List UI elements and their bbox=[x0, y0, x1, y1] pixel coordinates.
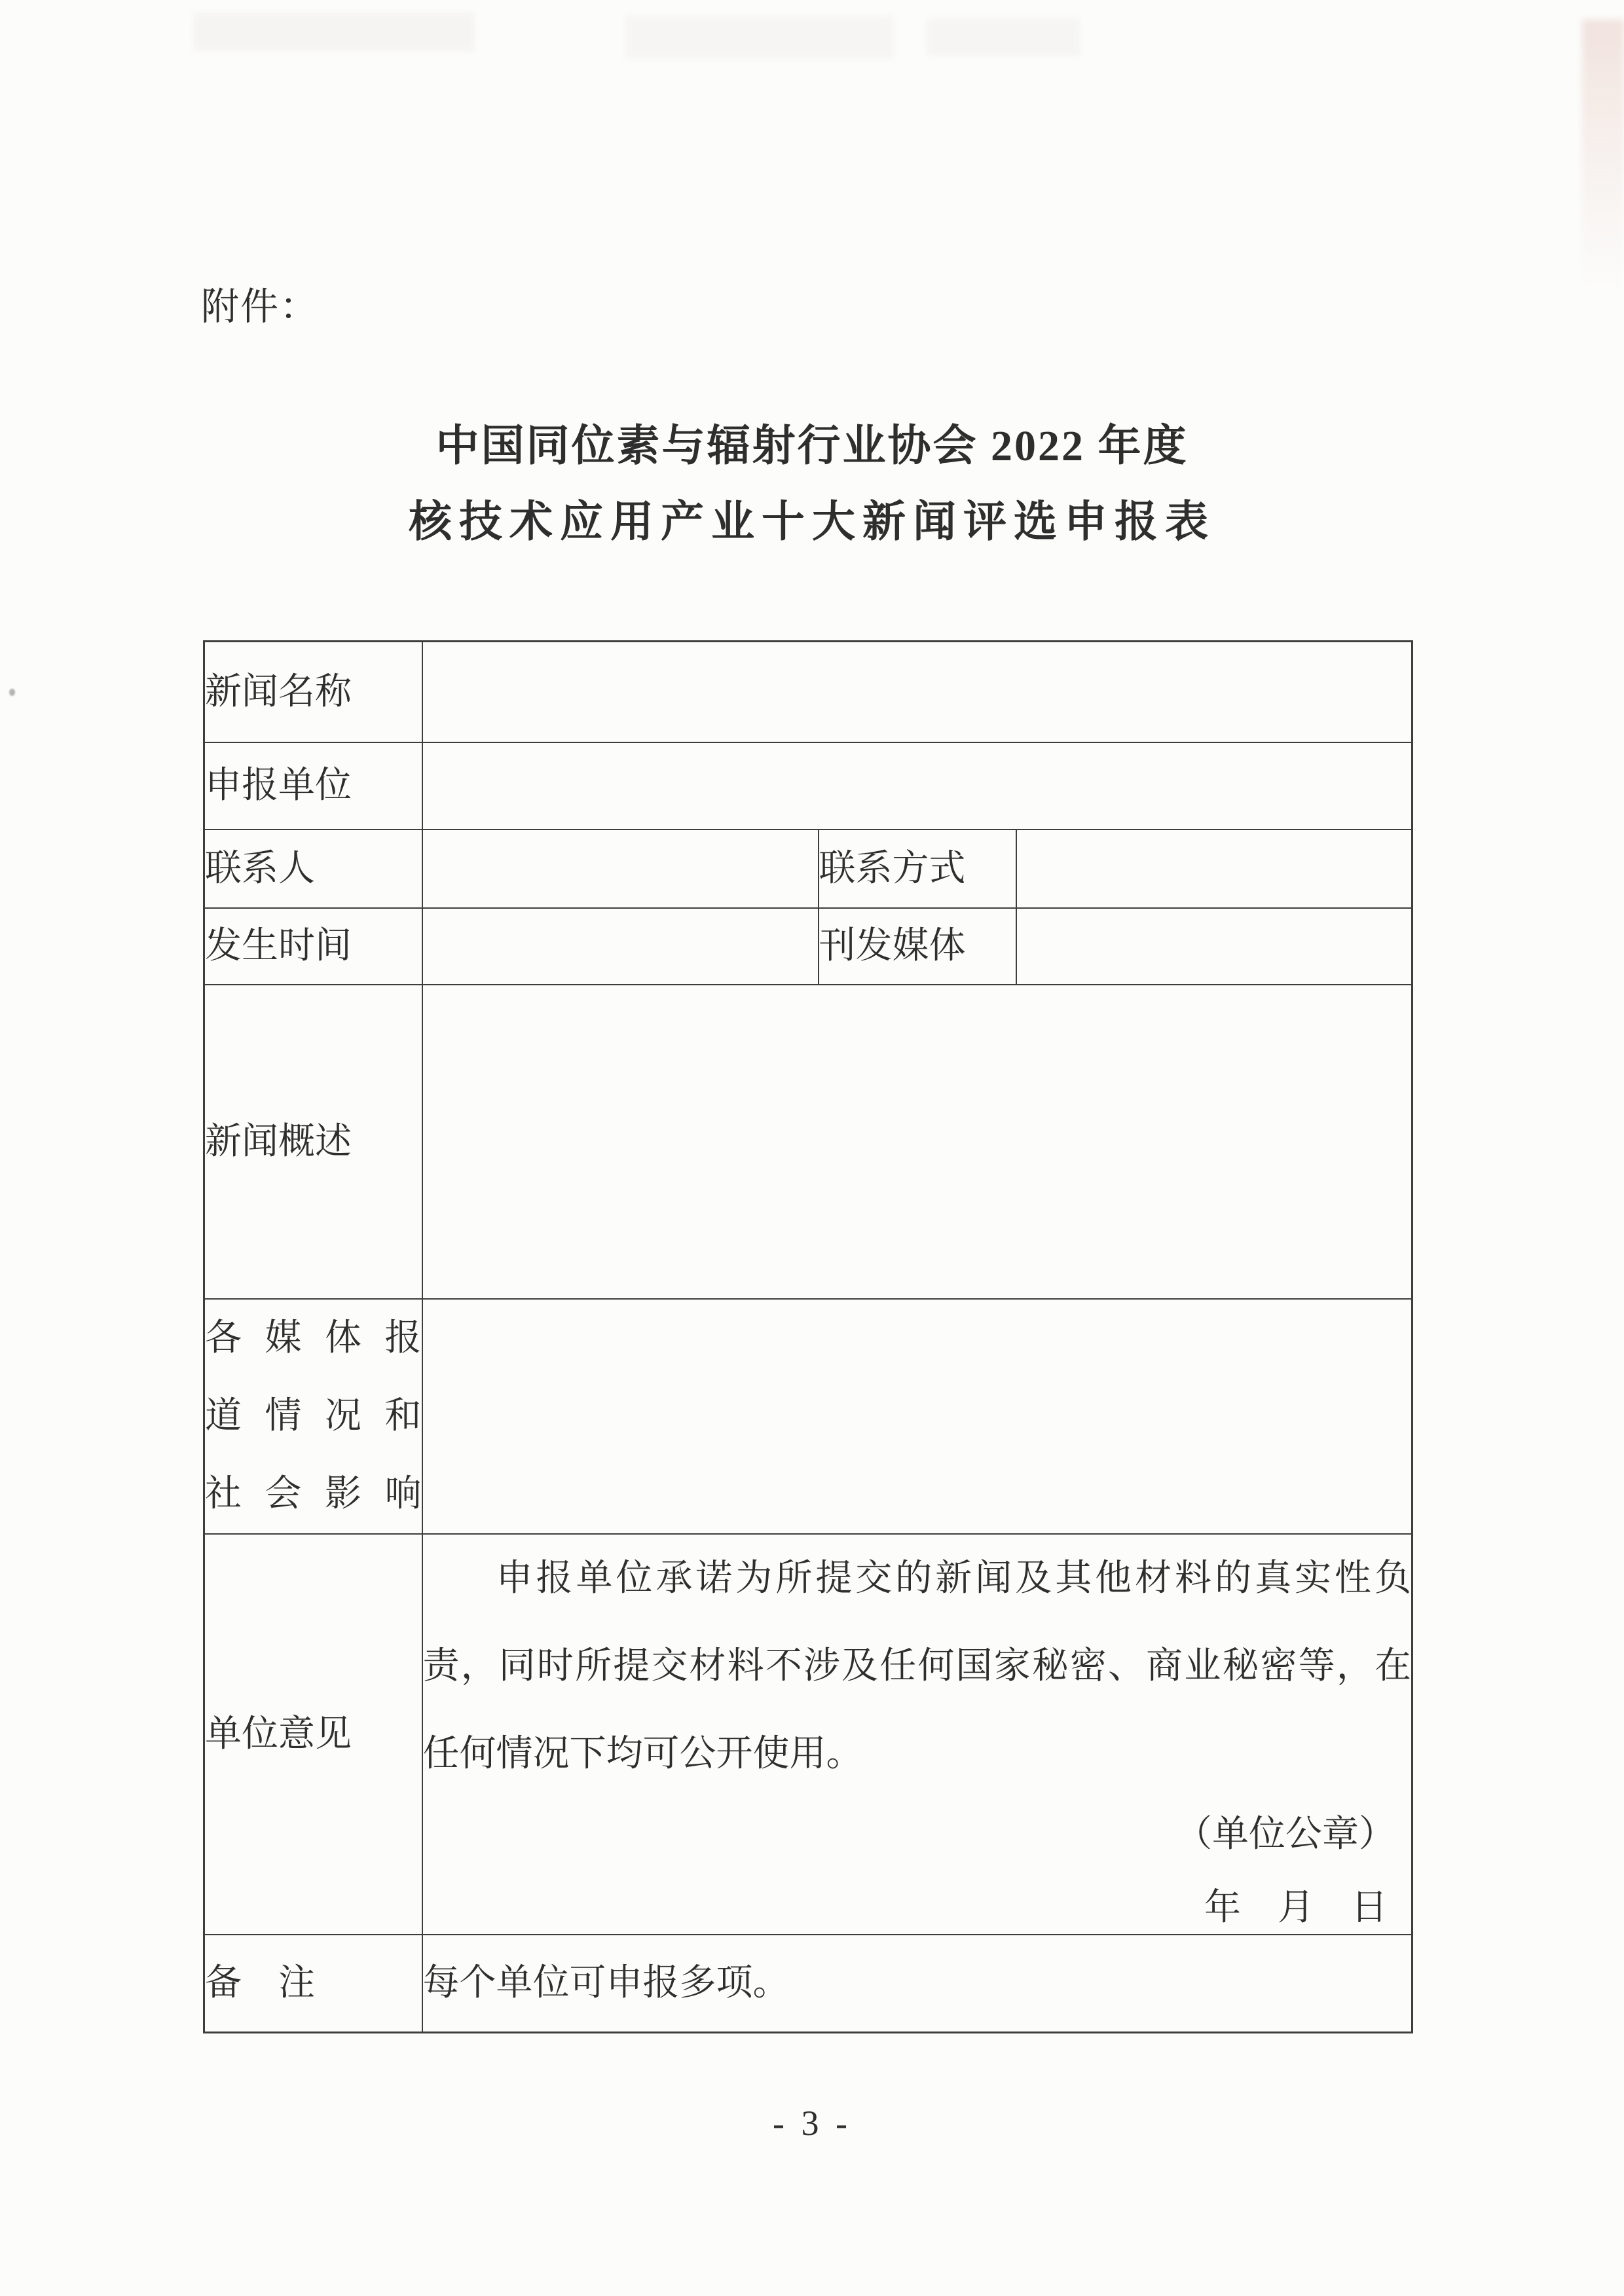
contact-person-field bbox=[422, 829, 819, 908]
contact-method-field bbox=[1016, 829, 1412, 908]
contact-person-label: 联系人 bbox=[204, 829, 422, 908]
scan-artifact bbox=[625, 16, 894, 59]
occur-time-field bbox=[422, 908, 819, 985]
table-row: 申报单位 bbox=[204, 742, 1412, 829]
table-row: 新闻概述 bbox=[204, 985, 1412, 1299]
media-coverage-label-line2: 道情况和 bbox=[205, 1377, 422, 1455]
form-title: 中国同位素与辐射行业协会 2022 年度 核技术应用产业十大新闻评选申报表 bbox=[0, 416, 1624, 553]
publish-media-label: 刊发媒体 bbox=[819, 908, 1016, 985]
media-coverage-label-line3: 社会影响 bbox=[205, 1455, 422, 1533]
remarks-label: 备 注 bbox=[204, 1935, 422, 2033]
table-row: 单位意见 申报单位承诺为所提交的新闻及其他材料的真实性负责，同时所提交材料不涉及… bbox=[204, 1534, 1412, 1935]
scan-artifact bbox=[1582, 20, 1624, 295]
application-form-table: 新闻名称 申报单位 联系人 联系方式 发生时间 刊发媒体 新闻概述 各媒体报 bbox=[203, 640, 1413, 2033]
news-name-label: 新闻名称 bbox=[204, 642, 422, 742]
media-coverage-field bbox=[422, 1299, 1412, 1534]
table-row: 联系人 联系方式 bbox=[204, 829, 1412, 908]
scan-artifact bbox=[927, 18, 1080, 56]
applicant-unit-field bbox=[422, 742, 1412, 829]
scan-artifact bbox=[9, 689, 15, 696]
form-title-line1: 中国同位素与辐射行业协会 2022 年度 bbox=[0, 416, 1624, 477]
scan-artifact bbox=[193, 13, 475, 51]
attachment-label: 附件： bbox=[201, 282, 319, 333]
scanned-form-page: 附件： 中国同位素与辐射行业协会 2022 年度 核技术应用产业十大新闻评选申报… bbox=[0, 0, 1624, 2296]
table-row: 备 注 每个单位可申报多项。 bbox=[204, 1935, 1412, 2033]
applicant-unit-label: 申报单位 bbox=[204, 742, 422, 829]
unit-seal-note: （单位公章） bbox=[423, 1804, 1412, 1865]
occur-time-label: 发生时间 bbox=[204, 908, 422, 985]
table-row: 各媒体报 道情况和 社会影响 bbox=[204, 1299, 1412, 1534]
form-title-line2: 核技术应用产业十大新闻评选申报表 bbox=[0, 492, 1624, 553]
remarks-field: 每个单位可申报多项。 bbox=[422, 1935, 1412, 2033]
unit-opinion-label: 单位意见 bbox=[204, 1534, 422, 1935]
news-summary-label: 新闻概述 bbox=[204, 985, 422, 1299]
table-row: 发生时间 刊发媒体 bbox=[204, 908, 1412, 985]
unit-opinion-cell: 申报单位承诺为所提交的新闻及其他材料的真实性负责，同时所提交材料不涉及任何国家秘… bbox=[422, 1534, 1412, 1935]
date-line: 年 月 日 bbox=[423, 1882, 1412, 1934]
publish-media-field bbox=[1016, 908, 1412, 985]
unit-opinion-pledge-text: 申报单位承诺为所提交的新闻及其他材料的真实性负责，同时所提交材料不涉及任何国家秘… bbox=[423, 1535, 1412, 1798]
media-coverage-label: 各媒体报 道情况和 社会影响 bbox=[204, 1299, 422, 1534]
news-name-field bbox=[422, 642, 1412, 742]
media-coverage-label-line1: 各媒体报 bbox=[205, 1300, 422, 1377]
news-summary-field bbox=[422, 985, 1412, 1299]
page-number: - 3 - bbox=[0, 2103, 1624, 2143]
table-row: 新闻名称 bbox=[204, 642, 1412, 742]
contact-method-label: 联系方式 bbox=[819, 829, 1016, 908]
